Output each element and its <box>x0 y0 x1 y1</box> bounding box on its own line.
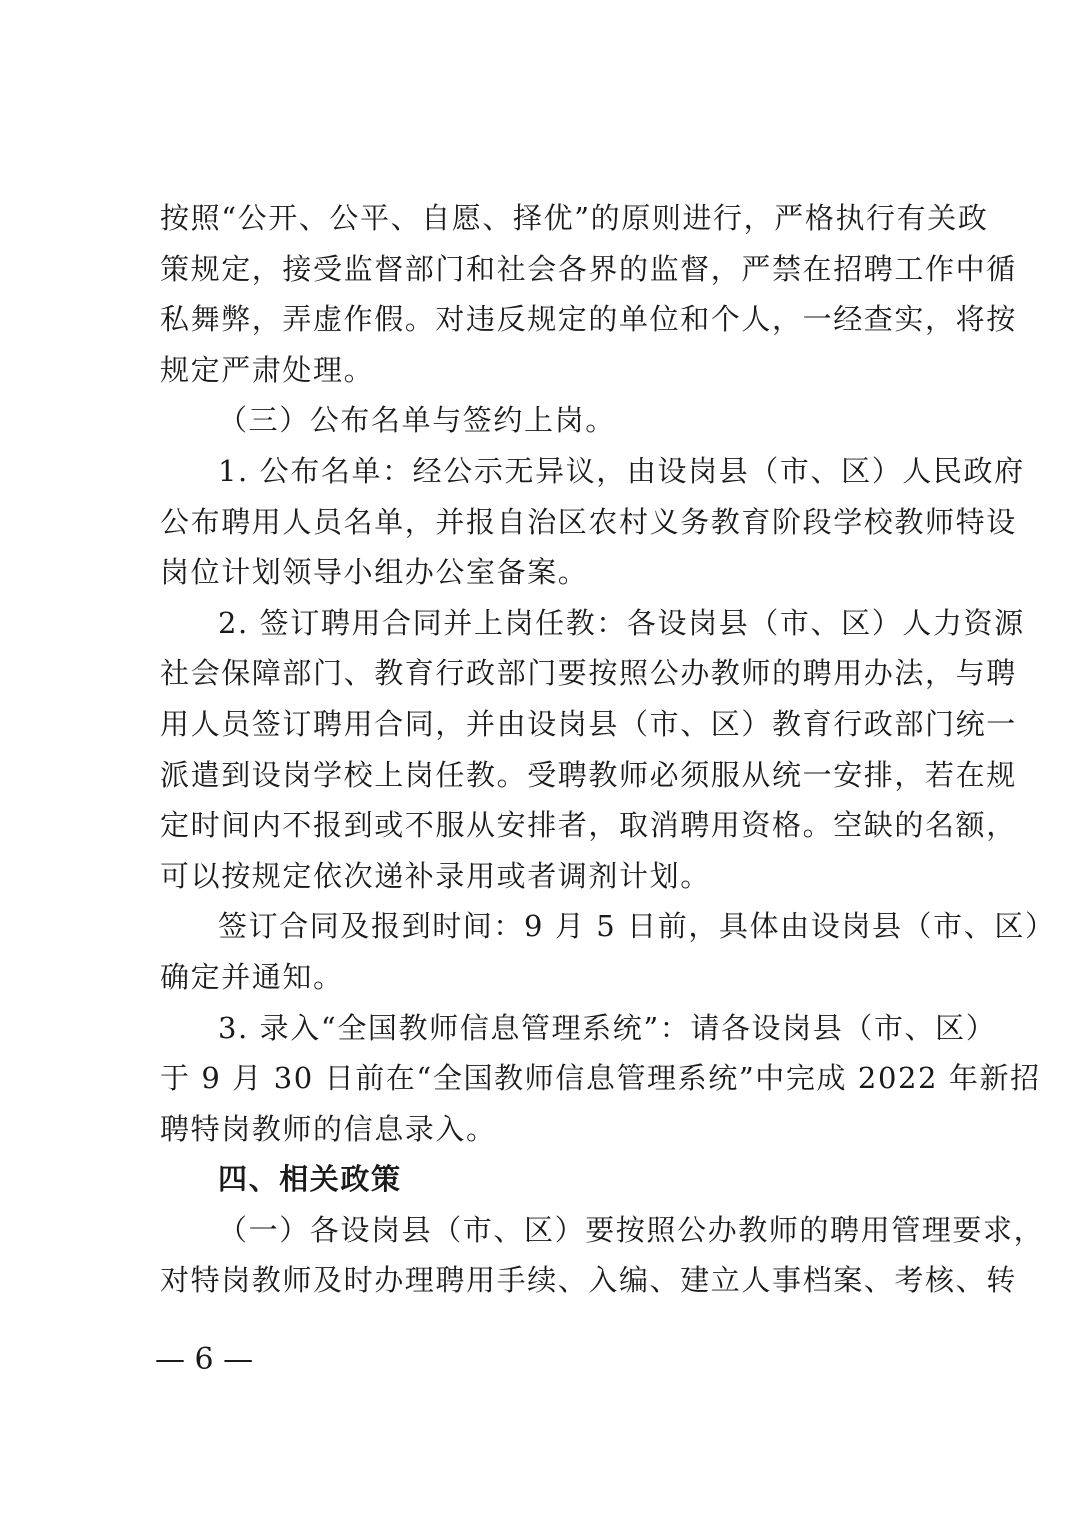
document-body: 按照“公开、公平、自愿、择优”的原则进行，严格执行有关政 策规定，接受监督部门和… <box>160 193 956 1306</box>
section-subtitle: （三）公布名单与签约上岗。 <box>160 395 956 446</box>
paragraph-line: 策规定，接受监督部门和社会各界的监督，严禁在招聘工作中循 <box>160 244 956 295</box>
paragraph-line: 签订合同及报到时间：9 月 5 日前，具体由设岗县（市、区） <box>160 901 956 952</box>
paragraph-line: 规定严肃处理。 <box>160 345 956 396</box>
document-page: 按照“公开、公平、自愿、择优”的原则进行，严格执行有关政 策规定，接受监督部门和… <box>0 0 1080 1528</box>
section-heading: 四、相关政策 <box>160 1154 956 1205</box>
paragraph-line: 派遣到设岗学校上岗任教。受聘教师必须服从统一安排，若在规 <box>160 750 956 801</box>
paragraph-line: 于 9 月 30 日前在“全国教师信息管理系统”中完成 2022 年新招 <box>160 1053 956 1104</box>
paragraph-line: 确定并通知。 <box>160 952 956 1003</box>
paragraph-line: 用人员签订聘用合同，并由设岗县（市、区）教育行政部门统一 <box>160 699 956 750</box>
page-number: — 6 — <box>155 1340 253 1380</box>
paragraph-line: 岗位计划领导小组办公室备案。 <box>160 547 956 598</box>
paragraph-line: （一）各设岗县（市、区）要按照公办教师的聘用管理要求， <box>160 1205 956 1256</box>
paragraph-line: 2. 签订聘用合同并上岗任教：各设岗县（市、区）人力资源 <box>160 598 956 649</box>
paragraph-line: 社会保障部门、教育行政部门要按照公办教师的聘用办法，与聘 <box>160 648 956 699</box>
paragraph-line: 私舞弊，弄虚作假。对违反规定的单位和个人，一经查实，将按 <box>160 294 956 345</box>
paragraph-line: 聘特岗教师的信息录入。 <box>160 1104 956 1155</box>
paragraph-line: 定时间内不报到或不服从安排者，取消聘用资格。空缺的名额， <box>160 800 956 851</box>
paragraph-line: 可以按规定依次递补录用或者调剂计划。 <box>160 851 956 902</box>
paragraph-line: 对特岗教师及时办理聘用手续、入编、建立人事档案、考核、转 <box>160 1255 956 1306</box>
paragraph-line: 公布聘用人员名单，并报自治区农村义务教育阶段学校教师特设 <box>160 497 956 548</box>
paragraph-line: 按照“公开、公平、自愿、择优”的原则进行，严格执行有关政 <box>160 193 956 244</box>
paragraph-line: 3. 录入“全国教师信息管理系统”：请各设岗县（市、区） <box>160 1003 956 1054</box>
paragraph-line: 1. 公布名单：经公示无异议，由设岗县（市、区）人民政府 <box>160 446 956 497</box>
